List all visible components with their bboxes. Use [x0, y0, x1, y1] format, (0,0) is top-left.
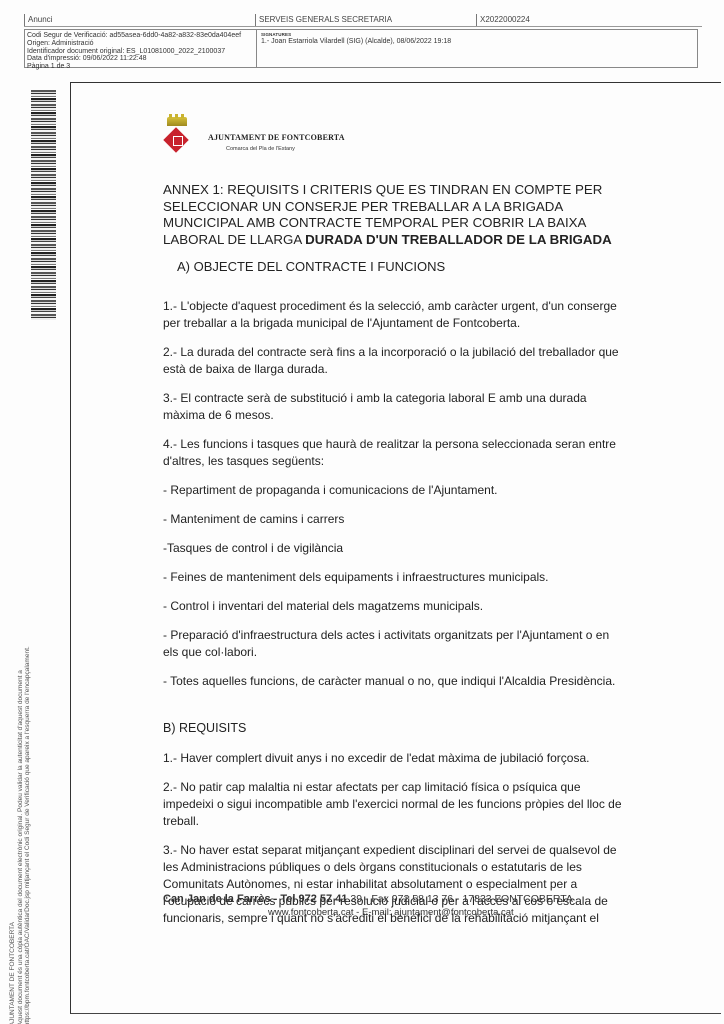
document-title: ANNEX 1: REQUISITS I CRITERIS QUE ES TIN…: [163, 182, 623, 248]
side-note-url: https://bpm.fontcoberta.cat/OAC/ValidarD…: [24, 556, 32, 1024]
document-body: ANNEX 1: REQUISITS I CRITERIS QUE ES TIN…: [163, 182, 623, 927]
header-top-row: Anunci SERVEIS GENERALS SECRETARIA X2022…: [24, 14, 696, 28]
letterhead-footer: Can Jan de la Farrès - Tel 972 57 41 39 …: [163, 893, 623, 918]
section-b-para-2: 2.- No patir cap malaltia ni estar afect…: [163, 779, 623, 830]
section-b-heading: B) REQUISITS: [163, 720, 623, 737]
section-a-para-1: 1.- L'objecte d'aquest procediment és la…: [163, 298, 623, 332]
validation-side-note: AJUNTAMENT DE FONTCOBERTA Aquest documen…: [9, 556, 32, 1024]
verification-info: Codi Segur de Verificació: ad55asea-6dd0…: [27, 32, 252, 71]
task-item: - Manteniment de camins i carrers: [163, 511, 623, 528]
side-note-org: AJUNTAMENT DE FONTCOBERTA: [9, 556, 17, 1024]
task-item: - Repartiment de propaganda i comunicaci…: [163, 482, 623, 499]
section-a-para-2: 2.- La durada del contracte serà fins a …: [163, 344, 623, 378]
header-divider: [24, 26, 702, 27]
verification-box: Codi Segur de Verificació: ad55asea-6dd0…: [24, 29, 698, 68]
origin: Origen: Administració: [27, 40, 252, 48]
municipality-region: Comarca del Pla de l'Estany: [226, 146, 295, 152]
task-item: - Control i inventari del material dels …: [163, 598, 623, 615]
section-a-heading: A) OBJECTE DEL CONTRACTE I FUNCIONS: [177, 258, 623, 275]
department-label: SERVEIS GENERALS SECRETARIA: [255, 14, 392, 26]
signatures-block: SIGNATURES 1.- Joan Estarriola Vilardell…: [261, 32, 451, 46]
address-bold: Can Jan de la Farrès - Tel 972 57 41: [163, 893, 347, 905]
crown-icon: [167, 117, 187, 126]
section-a-para-3: 3.- El contracte serà de substitució i a…: [163, 390, 623, 424]
box-divider: [256, 30, 257, 67]
title-bold: DURADA D'UN TREBALLADOR DE LA BRIGADA: [305, 232, 612, 247]
signature-entry: 1.- Joan Estarriola Vilardell (SIG) (Alc…: [261, 38, 451, 46]
page-indicator: Pàgina 1 de 3: [27, 63, 252, 71]
municipality-name: AJUNTAMENT DE FONTCOBERTA: [208, 133, 345, 142]
original-document-id: Identificador document original: ES_L010…: [27, 48, 252, 56]
task-item: - Preparació d'infraestructura dels acte…: [163, 627, 623, 661]
document-type-label: Anunci: [24, 14, 52, 26]
web-email-line: www.fontcoberta.cat - E-mail: ajuntament…: [268, 907, 623, 918]
task-item: -Tasques de control i de vigilància: [163, 540, 623, 557]
coat-of-arms-icon: [164, 117, 190, 157]
verification-code: Codi Segur de Verificació: ad55asea-6dd0…: [27, 32, 252, 40]
task-item: - Totes aquelles funcions, de caràcter m…: [163, 673, 623, 690]
task-item: - Feines de manteniment dels equipaments…: [163, 569, 623, 586]
barcode-icon: [31, 90, 56, 320]
record-number: X2022000224: [476, 14, 530, 26]
section-a-para-4: 4.- Les funcions i tasques que haurà de …: [163, 436, 623, 470]
print-date: Data d'impressió: 09/06/2022 11:22:48: [27, 55, 252, 63]
address-line: Can Jan de la Farrès - Tel 972 57 41 39 …: [163, 893, 623, 905]
address-rest: 39 - Fax 972 58 13 76 - 17833 FONTCOBERT…: [347, 893, 572, 905]
side-note-text: Aquest document és una còpia autèntica d…: [16, 556, 24, 1024]
section-b-para-1: 1.- Haver complert divuit anys i no exce…: [163, 750, 623, 767]
